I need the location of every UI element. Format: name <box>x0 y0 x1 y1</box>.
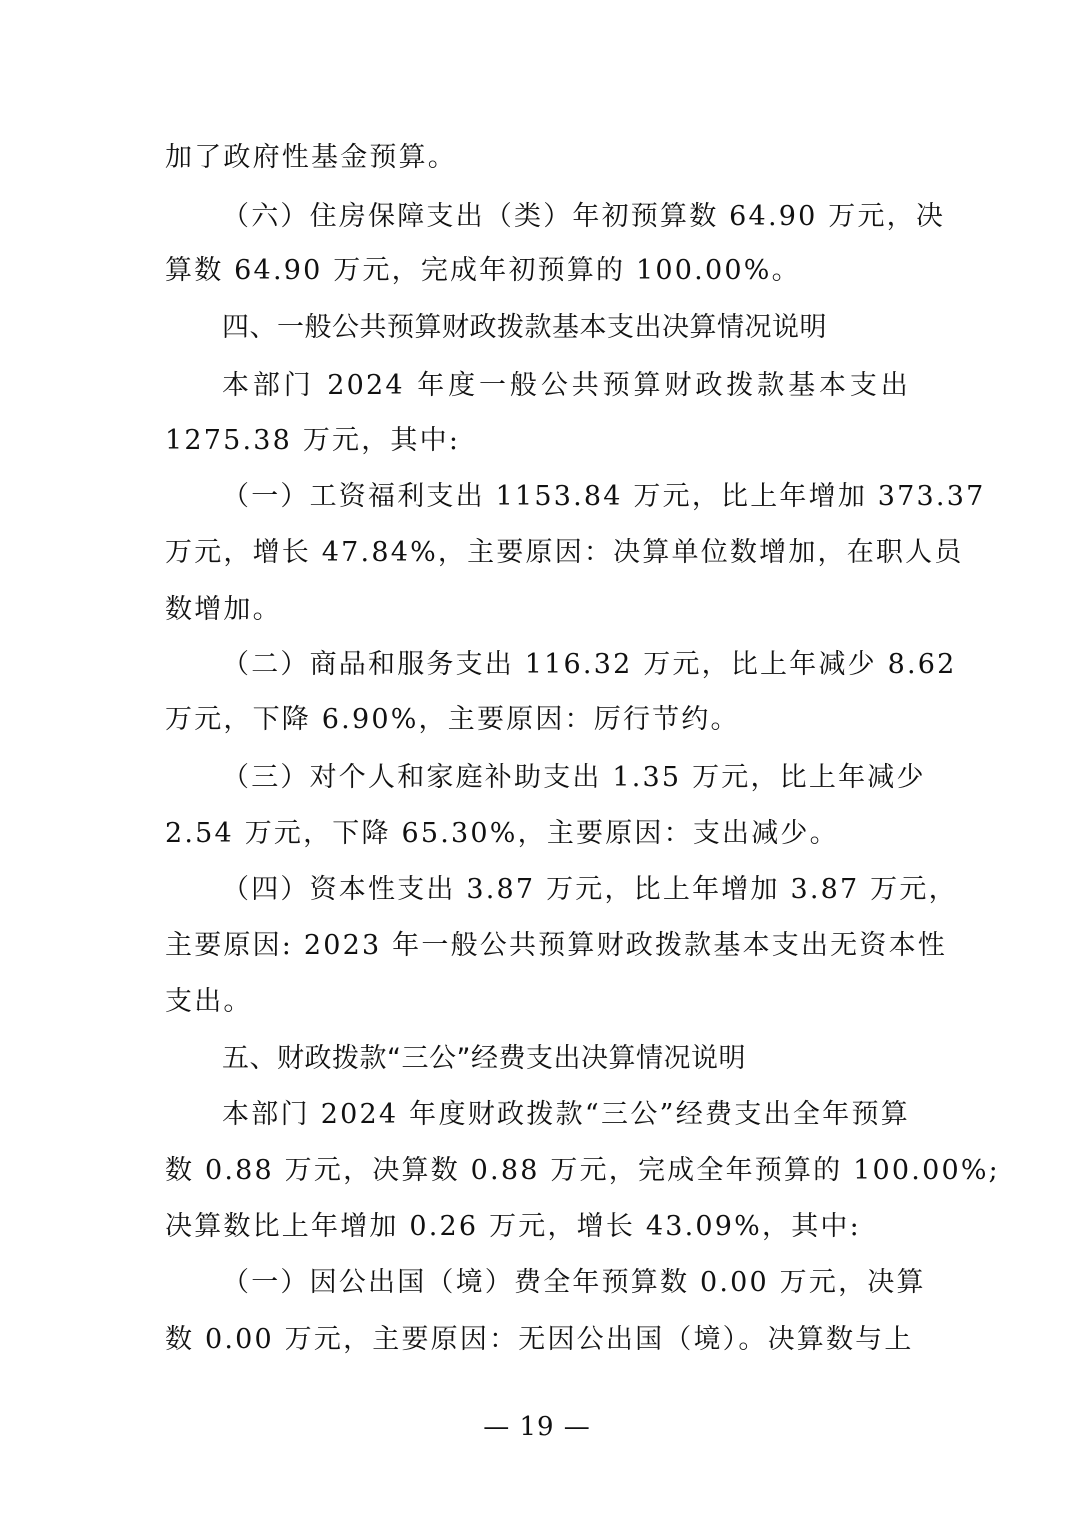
paragraph-line: 本部门 2024 年度一般公共预算财政拨款基本支出 <box>222 369 910 403</box>
section-heading: 五、财政拨款“三公”经费支出决算情况说明 <box>222 1042 746 1076</box>
paragraph-line: 本部门 2024 年度财政拨款“三公”经费支出全年预算 <box>222 1098 910 1132</box>
paragraph-line: 数 0.00 万元，主要原因：无因公出国（境）。决算数与上 <box>165 1323 910 1357</box>
section-heading: 四、一般公共预算财政拨款基本支出决算情况说明 <box>222 311 827 345</box>
document-page: 加了政府性基金预算。 （六）住房保障支出（类）年初预算数 64.90 万元，决 … <box>0 0 1074 1520</box>
paragraph-line: 万元，下降 6.90%，主要原因：厉行节约。 <box>165 703 910 737</box>
paragraph-line: 算数 64.90 万元，完成年初预算的 100.00%。 <box>165 254 910 288</box>
paragraph-line: 决算数比上年增加 0.26 万元，增长 43.09%，其中: <box>165 1210 910 1244</box>
paragraph-line: （一）因公出国（境）费全年预算数 0.00 万元，决算 <box>222 1266 910 1300</box>
paragraph-line: 2.54 万元，下降 65.30%，主要原因：支出减少。 <box>165 817 910 851</box>
paragraph-line: （一）工资福利支出 1153.84 万元，比上年增加 373.37 <box>222 480 910 514</box>
page-number: — 19 — <box>0 1410 1074 1444</box>
paragraph-line: 数 0.88 万元，决算数 0.88 万元，完成全年预算的 100.00%; <box>165 1154 910 1188</box>
paragraph-line: （六）住房保障支出（类）年初预算数 64.90 万元，决 <box>222 200 910 234</box>
paragraph-line: 数增加。 <box>165 593 910 627</box>
paragraph-line: （二）商品和服务支出 116.32 万元，比上年减少 8.62 <box>222 648 910 682</box>
paragraph-line: 万元，增长 47.84%，主要原因：决算单位数增加，在职人员 <box>165 536 910 570</box>
paragraph-line: （三）对个人和家庭补助支出 1.35 万元，比上年减少 <box>222 761 910 795</box>
paragraph-line: （四）资本性支出 3.87 万元，比上年增加 3.87 万元， <box>222 873 910 907</box>
paragraph-line: 1275.38 万元，其中: <box>165 424 910 458</box>
paragraph-line: 支出。 <box>165 985 910 1019</box>
paragraph-line: 加了政府性基金预算。 <box>165 141 910 175</box>
paragraph-line: 主要原因: 2023 年一般公共预算财政拨款基本支出无资本性 <box>165 929 910 963</box>
